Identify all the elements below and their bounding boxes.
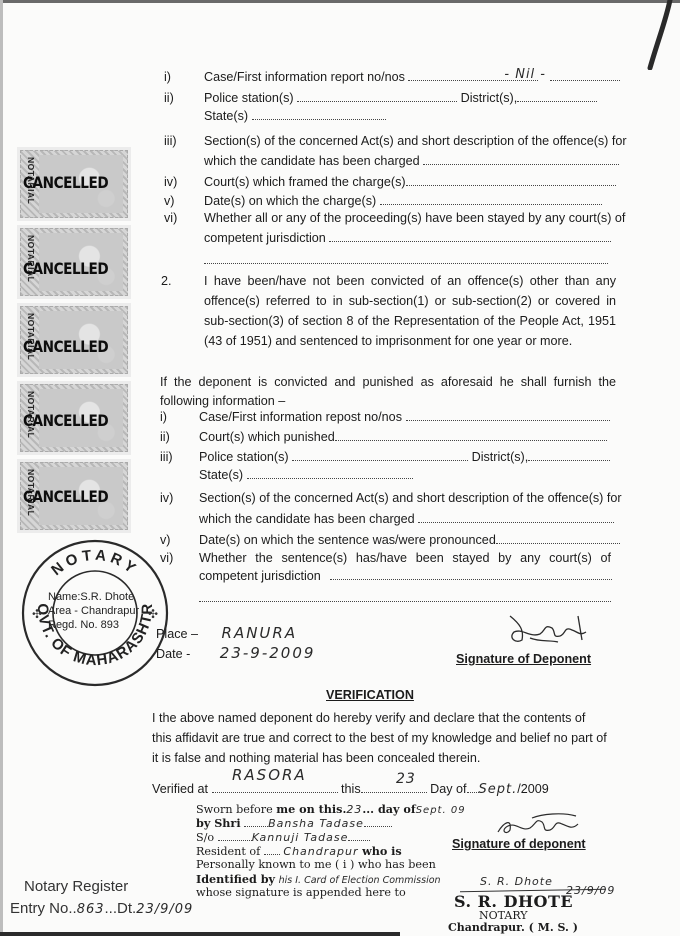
appended-line: whose signature is appended here to xyxy=(196,886,406,900)
month-value: Sept. xyxy=(479,782,518,797)
list-item: Date(s) on which the charge(s) xyxy=(204,193,602,209)
notary-seal: NOTARY GOVT. OF MAHARASHTRA ✣ ✣ Name:S.R… xyxy=(20,538,170,688)
date-value: 23-9-2009 xyxy=(220,644,316,662)
signature-of-deponent-2-label: Signature of deponent xyxy=(452,837,586,851)
deponent-signature-2-icon xyxy=(492,810,582,840)
item-number: v) xyxy=(164,193,175,209)
cancelled-overprint: CANCELLED xyxy=(23,411,108,430)
svg-text:✣: ✣ xyxy=(32,607,42,621)
list-item: Police station(s) District(s), xyxy=(199,449,610,465)
scan-top-edge xyxy=(0,0,680,3)
affidavit-page: i) Case/First information report no/nos … xyxy=(0,0,680,936)
list-item: Police station(s) District(s), xyxy=(204,90,597,106)
list-item: Date(s) on which the sentence was/were p… xyxy=(199,532,620,548)
known-line: Personally known to me ( i ) who has bee… xyxy=(196,858,436,872)
section-3-intro: If the deponent is convicted and punishe… xyxy=(160,373,616,411)
list-item: State(s) xyxy=(204,108,386,124)
item-number: vi) xyxy=(164,210,177,226)
handwritten-fill: - Nil - xyxy=(504,67,546,82)
cancelled-overprint: CANCELLED xyxy=(23,337,108,356)
item-number: iii) xyxy=(160,449,173,465)
seal-name: Name:S.R. Dhote xyxy=(48,590,134,604)
notarial-stamp: NOTARIAL CANCELLED xyxy=(20,306,128,374)
this-day-value: 23 xyxy=(396,771,416,787)
list-item: Whether all or any of the proceeding(s) … xyxy=(204,210,625,226)
list-item: Court(s) which punished xyxy=(199,429,607,445)
cancelled-overprint: CANCELLED xyxy=(23,487,108,506)
verified-at-value: RASORA xyxy=(232,767,307,783)
svg-text:NOTARY: NOTARY xyxy=(48,547,142,580)
notarial-stamp: NOTARIAL CANCELLED xyxy=(20,384,128,452)
item-number: iv) xyxy=(160,490,173,506)
deponent-signature-icon xyxy=(500,610,590,648)
notary-place: Chandrapur. ( M. S. ) xyxy=(448,921,578,934)
notarial-stamps: NOTARIAL CANCELLED NOTARIAL CANCELLED NO… xyxy=(16,150,131,540)
section-2-text: I have been/have not been convicted of a… xyxy=(204,271,616,351)
seal-regd: Regd. No. 893 xyxy=(48,618,119,632)
cancelled-overprint: CANCELLED xyxy=(23,259,108,278)
notarial-stamp: NOTARIAL CANCELLED xyxy=(20,150,128,218)
scan-bottom-edge xyxy=(0,932,400,936)
place-field: Place – RANURA xyxy=(156,625,297,642)
section-number: 2. xyxy=(161,273,172,289)
signature-of-deponent-label: Signature of Deponent xyxy=(456,652,591,666)
place-value: RANURA xyxy=(222,624,298,642)
seal-area: Area - Chandrapur xyxy=(48,604,139,618)
son-of-line: S/o Kannuji Tadase xyxy=(196,830,370,845)
by-shri-line: by Shri Bansha Tadase xyxy=(196,816,392,831)
list-item: Case/First information report no/nos - N… xyxy=(204,69,620,86)
notarial-stamp: NOTARIAL CANCELLED xyxy=(20,462,128,530)
list-item: State(s) xyxy=(199,467,413,483)
notary-signature: S. R. Dhote xyxy=(480,875,553,888)
pen-mark-icon xyxy=(640,0,680,70)
verification-heading: VERIFICATION xyxy=(326,688,414,702)
scan-left-edge xyxy=(0,0,3,936)
item-number: ii) xyxy=(164,90,174,106)
notarial-stamp: NOTARIAL CANCELLED xyxy=(20,228,128,296)
list-item: Whether the sentence(s) has/have been st… xyxy=(199,550,611,566)
item-number: i) xyxy=(164,69,171,85)
notary-register: Notary Register Entry No..863...Dt.23/9/… xyxy=(10,876,193,921)
list-item: Section(s) of the concerned Act(s) and s… xyxy=(204,133,627,149)
item-number: iv) xyxy=(164,174,177,190)
notary-date: 23/9/09 xyxy=(566,884,615,897)
item-number: ii) xyxy=(160,429,170,445)
resident-line: Resident of Chandrapur who is xyxy=(196,844,402,859)
list-item: Court(s) which framed the charge(s) xyxy=(204,174,616,190)
list-item: Section(s) of the concerned Act(s) and s… xyxy=(199,490,622,506)
verification-text: I the above named deponent do hereby ver… xyxy=(152,708,608,768)
register-entry: Entry No..863...Dt.23/9/09 xyxy=(10,898,193,921)
verified-at-line: Verified at RASORA this23 Day ofSept./20… xyxy=(152,781,549,798)
item-number: iii) xyxy=(164,133,177,149)
register-title: Notary Register xyxy=(10,876,193,898)
item-number: i) xyxy=(160,409,167,425)
date-field: Date - 23-9-2009 xyxy=(156,645,315,662)
svg-text:✣: ✣ xyxy=(148,607,158,621)
list-item: Case/First information repost no/nos xyxy=(199,409,610,425)
cancelled-overprint: CANCELLED xyxy=(23,173,108,192)
